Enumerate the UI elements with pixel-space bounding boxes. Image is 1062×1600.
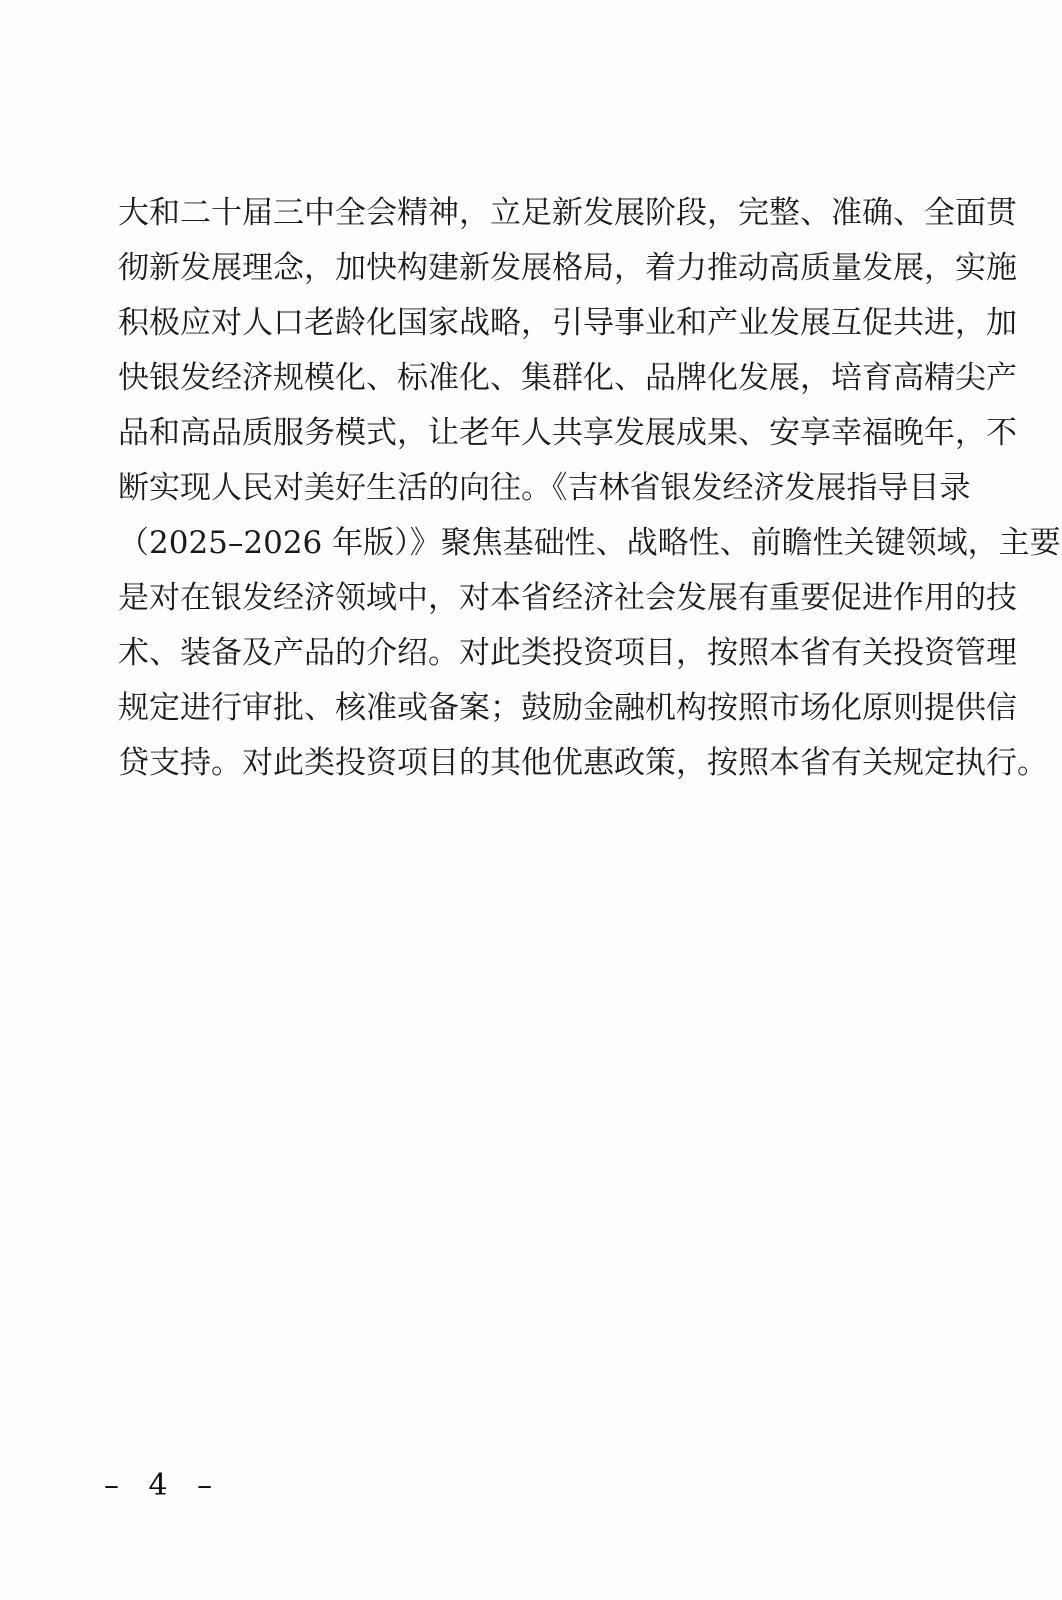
paragraph-line-2: 彻新发展理念，加快构建新发展格局，着力推动高质量发展，实施 — [118, 241, 930, 296]
paragraph-line-9: 术、装备及产品的介绍。对此类投资项目，按照本省有关投资管理 — [118, 626, 930, 681]
page-number: – 4 – — [104, 1466, 222, 1506]
paragraph-line-5: 品和高品质服务模式，让老年人共享发展成果、安享幸福晚年，不 — [118, 406, 930, 461]
paragraph-line-3: 积极应对人口老龄化国家战略，引导事业和产业发展互促共进，加 — [118, 296, 930, 351]
paragraph-line-10: 规定进行审批、核准或备案；鼓励金融机构按照市场化原则提供信 — [118, 681, 930, 736]
body-paragraph: 大和二十届三中全会精神，立足新发展阶段，完整、准确、全面贯 彻新发展理念，加快构… — [118, 186, 948, 791]
paragraph-line-4: 快银发经济规模化、标准化、集群化、品牌化发展，培育高精尖产 — [118, 351, 930, 406]
paragraph-line-1: 大和二十届三中全会精神，立足新发展阶段，完整、准确、全面贯 — [118, 186, 930, 241]
document-page: 大和二十届三中全会精神，立足新发展阶段，完整、准确、全面贯 彻新发展理念，加快构… — [0, 0, 1062, 1600]
paragraph-line-8: 是对在银发经济领域中，对本省经济社会发展有重要促进作用的技 — [118, 571, 930, 626]
paragraph-line-7: （2025–2026 年版）》聚焦基础性、战略性、前瞻性关键领域，主要 — [118, 516, 930, 571]
paragraph-line-11: 贷支持。对此类投资项目的其他优惠政策，按照本省有关规定执行。 — [118, 736, 930, 791]
paragraph-line-6: 断实现人民对美好生活的向往。《吉林省银发经济发展指导目录 — [118, 461, 930, 516]
